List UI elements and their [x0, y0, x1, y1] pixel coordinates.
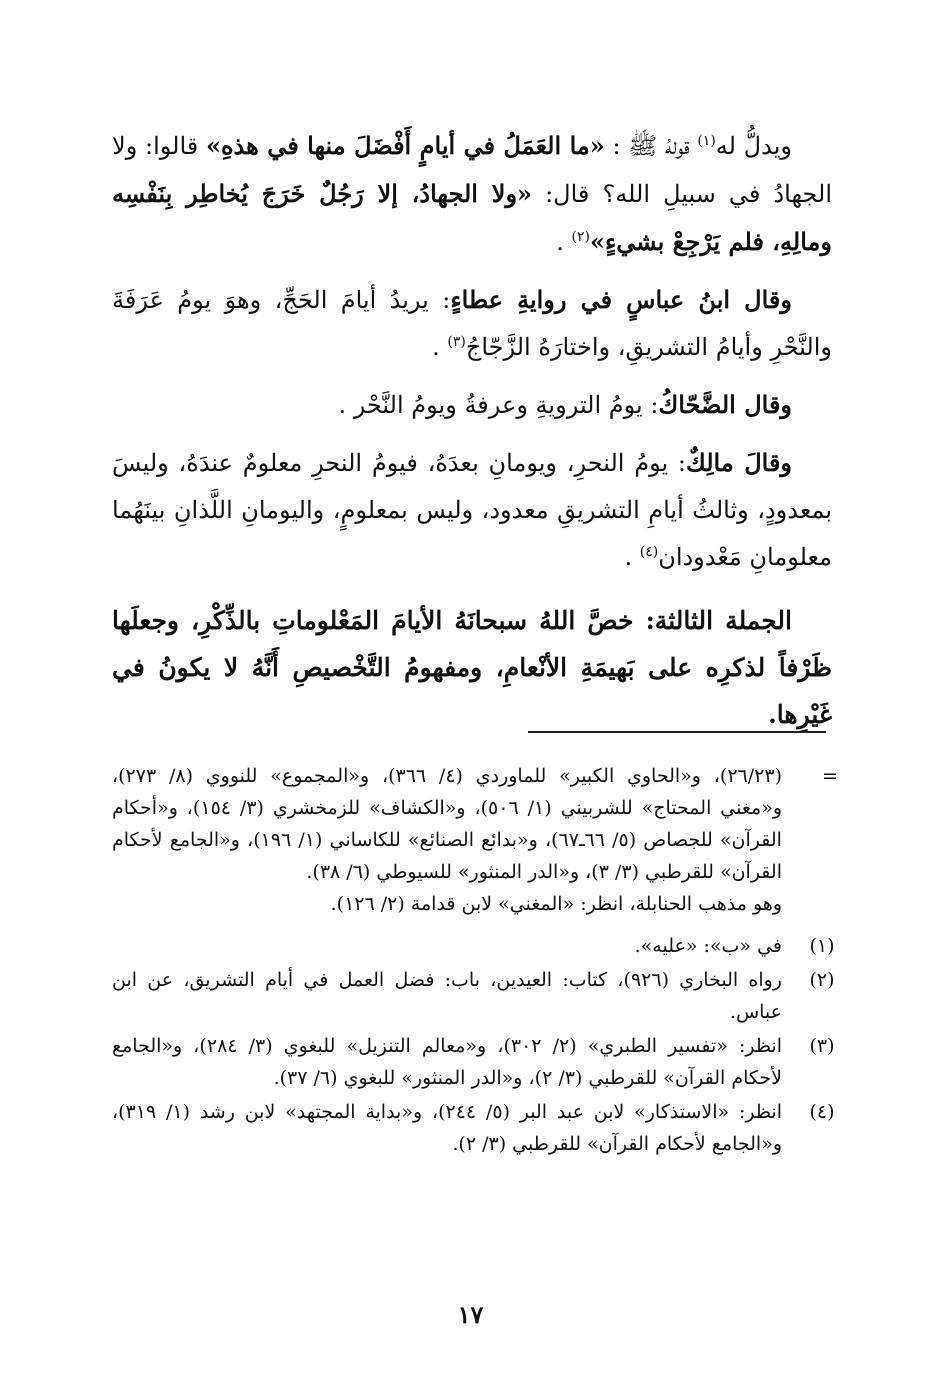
footnote-number: (٢)	[802, 964, 842, 996]
speaker-label: وقالَ مالِكٌ	[686, 448, 792, 477]
section-third-clause: الجملة الثالثة: خصَّ اللهُ سبحانَهُ الأي…	[112, 597, 832, 738]
footnote-text: انظر: «الاستذكار» لابن عبد البر (٥/ ٢٤٤)…	[112, 1096, 782, 1160]
footnote-3: (٣) انظر: «تفسير الطبري» (٢/ ٣٠٢)، و«معا…	[112, 1030, 842, 1094]
footnote-text: انظر: «تفسير الطبري» (٢/ ٣٠٢)، و«معالم ا…	[112, 1030, 782, 1094]
text-segment: : يومُ الترويةِ وعرفةُ ويومُ النَّحْر .	[338, 391, 658, 419]
continuation-text: وهو مذهب الحنابلة، انظر: «المغني» لابن ق…	[112, 888, 782, 920]
footnote-number: (١)	[802, 930, 842, 962]
footnote-1: (١) في «ب»: «عليه».	[112, 930, 842, 962]
hadith-quote: «ما العَمَلُ في أيامٍ أَفْضَلَ منها في ه…	[206, 131, 605, 160]
footnote-text: في «ب»: «عليه».	[112, 930, 782, 962]
text-segment: قولهُ ﷺ :	[605, 132, 698, 160]
footnote-2: (٢) رواه البخاري (٩٢٦)، كتاب: العيدين، ب…	[112, 964, 842, 1028]
footnote-divider	[528, 731, 826, 733]
footnote-ref-3[interactable]: (٣)	[447, 334, 465, 350]
footnote-ref-4[interactable]: (٤)	[640, 544, 658, 560]
paragraph-ibn-abbas: وقال ابنُ عباسٍ في روايةِ عطاءٍ: يريدُ أ…	[112, 276, 832, 371]
paragraph-hadith: ويدلُّ له(١) قولهُ ﷺ : «ما العَمَلُ في أ…	[112, 122, 832, 266]
footnote-text: رواه البخاري (٩٢٦)، كتاب: العيدين، باب: …	[112, 964, 782, 1028]
text-segment: .	[624, 543, 639, 571]
footnotes: = (٢٦/٢٣)، و«الحاوي الكبير» للماوردي (٤/…	[112, 760, 842, 1160]
page-number: ١٧	[0, 1300, 941, 1329]
text-segment: ويدلُّ له	[716, 132, 792, 160]
footnote-number: (٤)	[802, 1096, 842, 1128]
paragraph-malik: وقالَ مالِكٌ: يومُ النحرِ، ويومانِ بعدَه…	[112, 439, 832, 581]
spacer	[112, 920, 842, 928]
paragraph-dahhak: وقال الضَّحّاكُ: يومُ الترويةِ وعرفةُ وي…	[112, 381, 832, 429]
footnote-4: (٤) انظر: «الاستذكار» لابن عبد البر (٥/ …	[112, 1096, 842, 1160]
text-segment: .	[432, 333, 447, 361]
main-text: ويدلُّ له(١) قولهُ ﷺ : «ما العَمَلُ في أ…	[112, 122, 832, 748]
footnote-ref-1[interactable]: (١)	[697, 133, 715, 149]
book-page: ويدلُّ له(١) قولهُ ﷺ : «ما العَمَلُ في أ…	[0, 0, 941, 1378]
footnote-number: (٣)	[802, 1030, 842, 1062]
section-label: الجملة الثالثة:	[646, 606, 792, 635]
speaker-label: وقال الضَّحّاكُ	[658, 390, 792, 419]
text-segment: .	[556, 228, 571, 256]
footnote-continuation: = (٢٦/٢٣)، و«الحاوي الكبير» للماوردي (٤/…	[112, 760, 842, 920]
speaker-label: وقال ابنُ عباسٍ في روايةِ عطاءٍ	[450, 285, 792, 314]
continuation-marker: =	[818, 760, 842, 792]
continuation-text: (٢٦/٢٣)، و«الحاوي الكبير» للماوردي (٤/ ٣…	[112, 760, 782, 888]
footnote-ref-2[interactable]: (٢)	[571, 229, 589, 245]
